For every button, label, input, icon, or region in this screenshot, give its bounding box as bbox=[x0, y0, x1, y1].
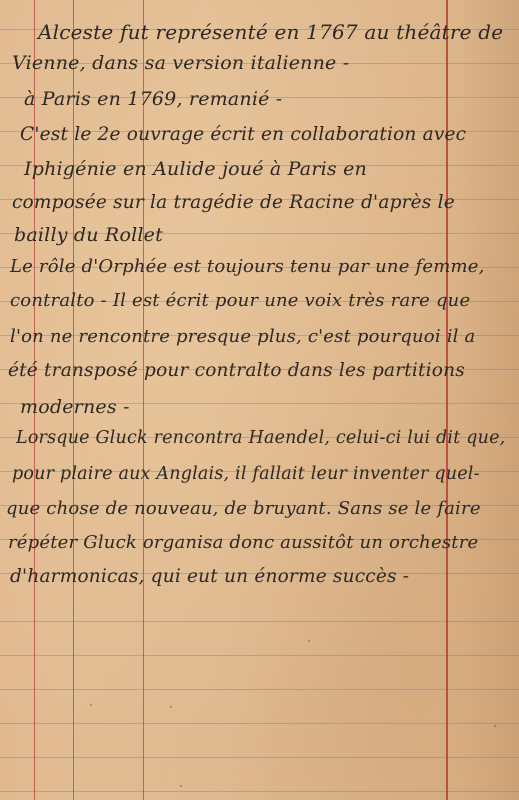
paper-speck bbox=[170, 706, 172, 708]
handwritten-line: Lorsque Gluck rencontra Haendel, celui-c… bbox=[16, 428, 505, 448]
ruled-line bbox=[0, 621, 519, 622]
paper-speck bbox=[308, 640, 310, 642]
handwritten-line: d'harmonicas, qui eut un énorme succès - bbox=[10, 566, 409, 587]
handwritten-line: répéter Gluck organisa donc aussitôt un … bbox=[8, 532, 478, 553]
handwritten-line: composée sur la tragédie de Racine d'apr… bbox=[12, 192, 455, 213]
right-margin-rule bbox=[446, 0, 448, 800]
handwritten-line: à Paris en 1769, remanié - bbox=[24, 88, 282, 110]
handwritten-line: que chose de nouveau, de bruyant. Sans s… bbox=[6, 498, 481, 519]
handwritten-line: pour plaire aux Anglais, il fallait leur… bbox=[12, 464, 480, 484]
notebook-page: Alceste fut représenté en 1767 au théâtr… bbox=[0, 0, 519, 800]
handwritten-line: Iphigénie en Aulide joué à Paris en bbox=[24, 158, 367, 180]
handwritten-line: C'est le 2e ouvrage écrit en collaborati… bbox=[20, 124, 466, 145]
handwritten-line: contralto - Il est écrit pour une voix t… bbox=[10, 290, 470, 311]
handwritten-line: bailly du Rollet bbox=[14, 224, 163, 246]
ruled-line bbox=[0, 791, 519, 792]
margin-rule bbox=[143, 0, 144, 800]
ruled-line bbox=[0, 655, 519, 656]
ruled-line bbox=[0, 689, 519, 690]
handwritten-line: l'on ne rencontre presque plus, c'est po… bbox=[10, 326, 475, 347]
handwritten-line: Alceste fut représenté en 1767 au théâtr… bbox=[38, 20, 503, 44]
handwritten-line: Vienne, dans sa version italienne - bbox=[12, 52, 349, 74]
paper-speck bbox=[180, 785, 182, 787]
handwritten-line: modernes - bbox=[20, 396, 130, 418]
handwritten-line: Le rôle d'Orphée est toujours tenu par u… bbox=[10, 256, 485, 277]
paper-speck bbox=[90, 704, 92, 706]
ruled-line bbox=[0, 723, 519, 724]
ruled-line bbox=[0, 757, 519, 758]
handwritten-line: été transposé pour contralto dans les pa… bbox=[8, 360, 465, 381]
paper-speck bbox=[494, 725, 496, 727]
